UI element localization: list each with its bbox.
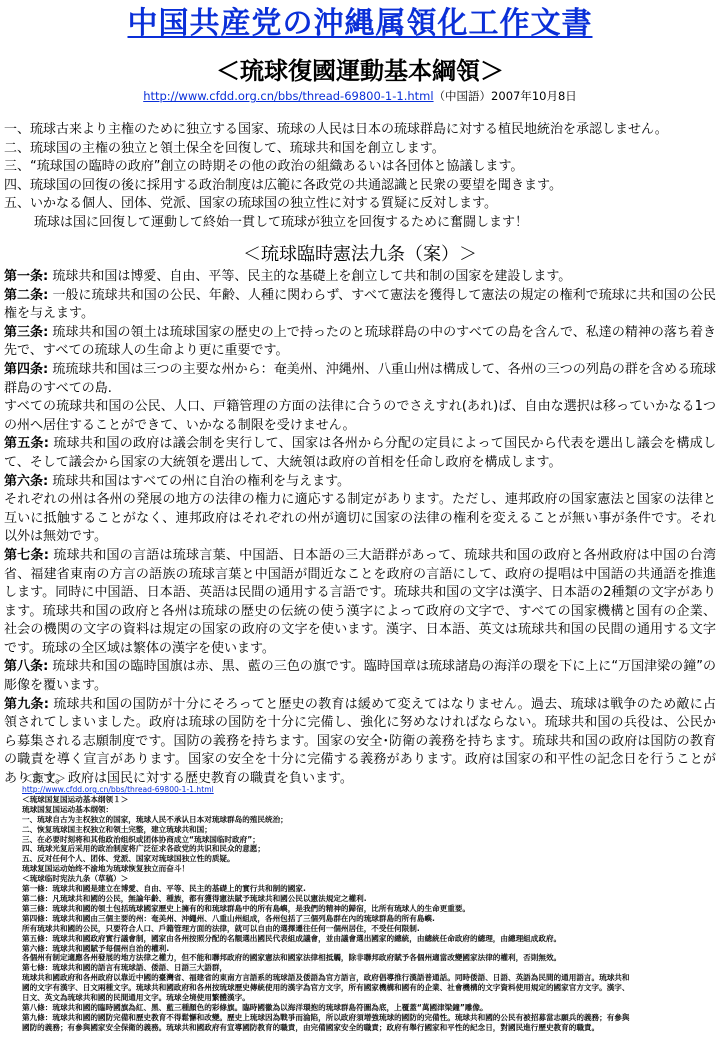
original-line: 四、琉球光复后采用的政治制度将广泛征求各政党的共识和民众的意愿；	[22, 844, 712, 854]
title-link[interactable]: 中国共産党の沖縄属領化工作文書	[128, 6, 593, 41]
article-label: 第七条:	[4, 548, 49, 563]
article-1: 第一条: 琉球共和国は博愛、自由、平等、民主的な基礎上を創立して共和制の国家を建…	[4, 268, 716, 287]
original-line: 日文、英文為琉球共和國的民間通用文字。琉球全境使用繁體漢字。	[22, 993, 712, 1003]
article-label: 第六条:	[4, 474, 48, 489]
original-heading: ＜原文＞	[22, 772, 712, 785]
original-line: 三、在必要时刻将和其他政治组织或团体协商成立“琉球国临时政府”；	[22, 835, 712, 845]
constitution-articles: 第一条: 琉球共和国は博愛、自由、平等、民主的な基礎上を創立して共和制の国家を建…	[4, 268, 716, 789]
article-text: 琉琉球共和国は三つの主要な州から：奄美州、沖縄州、八重山州は構成して、各州の三つ…	[4, 362, 716, 396]
article-8: 第八条: 琉球共和国の臨時国旗は赤、黒、藍の三色の旗です。臨時国章は琉球諸島の海…	[4, 658, 716, 695]
program-item-1: 一、琉球古来より主権のために独立する国家、琉球の人民は日本の琉球群島に対する植民…	[4, 121, 718, 140]
article-label: 第八条:	[4, 659, 48, 674]
original-line: 第四條：琉球共和國由三個主要的州：奄美州、沖繩州、八重山州組成，各州包括了三個列…	[22, 914, 712, 924]
article-6-extra: それぞれの州は各州の発展の地方の法律の権力に適応する制定があります。ただし、連邦…	[4, 491, 716, 547]
page-title: 中国共産党の沖縄属領化工作文書	[0, 6, 720, 42]
program-item-4: 四、琉球国の回復の後に採用する政治制度は広範に各政党の共通認識と民衆の要望を聞き…	[4, 177, 718, 196]
original-line: 第五條：琉球共和國政府實行議會制，國家由各州按照分配的名額選出國民代表組成議會，…	[22, 934, 712, 944]
original-line: 琉球复国运动始终不渝地为琉球恢复独立而奋斗！	[22, 864, 712, 874]
original-line: 國防的義務；有參與國家安全保衛的義務。琉球共和國政府有宣導國防教育的職責，由完備…	[22, 1023, 712, 1033]
original-line: 第三條：琉球共和國的領土包括琉球國家歷史上擁有的和琉球群島中的所有島嶼，是我們的…	[22, 904, 712, 914]
article-text: 琉球共和国は博愛、自由、平等、民主的な基礎上を創立して共和制の国家を建設します。	[48, 269, 571, 284]
program-item-3: 三、“琉球国の臨時の政府”創立の時期その他の政治の組織あるいは各団体と協議します…	[4, 158, 718, 177]
article-2: 第二条: 一般に琉球共和国の公民、年齢、人種に関わらず、すべて憲法を獲得して憲法…	[4, 287, 716, 324]
original-line: ＜琉球临时宪法九条（草稿）＞	[22, 874, 712, 884]
original-line: 所有琉球共和國的公民，只要符合人口、戶籍管理方面的法律，就可以自由的選擇遷往任何…	[22, 924, 712, 934]
original-line: 二、恢复琉球国主权独立和领土完整，建立琉球共和国；	[22, 825, 712, 835]
original-line: 琉球国复国运动基本纲领：	[22, 805, 712, 815]
article-text: 琉球共和国はすべての州に自治の権利を与えます。	[48, 474, 350, 489]
original-line: 第六條：琉球共和國賦予每個州自治的權利.	[22, 944, 712, 954]
source-link[interactable]: http://www.cfdd.org.cn/bbs/thread-69800-…	[143, 89, 433, 103]
constitution-title: ＜琉球臨時憲法九条（案）＞	[0, 243, 720, 267]
original-text-block: ＜原文＞ http://www.cfdd.org.cn/bbs/thread-6…	[22, 772, 712, 1033]
article-6: 第六条: 琉球共和国はすべての州に自治の権利を与えます。	[4, 473, 716, 492]
original-line: 一、琉球自古为主权独立的国家，琉球人民不承认日本对琉球群岛的殖民统治；	[22, 815, 712, 825]
original-source-link[interactable]: http://www.cfdd.org.cn/bbs/thread-69800-…	[22, 785, 214, 794]
article-label: 第二条:	[4, 288, 48, 303]
original-line: 五、反对任何个人、团体、党派、国家对琉球国独立性的质疑。	[22, 854, 712, 864]
original-line: 第一條：琉球共和國是建立在博愛、自由、平等、民主的基礎上的實行共和制的國家.	[22, 884, 712, 894]
program-list: 一、琉球古来より主権のために独立する国家、琉球の人民は日本の琉球群島に対する植民…	[4, 121, 718, 232]
source-language-date: （中国語）2007年10月8日	[434, 89, 577, 103]
article-4: 第四条: 琉琉球共和国は三つの主要な州から：奄美州、沖縄州、八重山州は構成して、…	[4, 361, 716, 398]
document-page: 中国共産党の沖縄属領化工作文書 ＜琉球復國運動基本綱領＞ http://www.…	[0, 0, 720, 1040]
article-label: 第三条:	[4, 325, 48, 340]
original-line: 第七條：琉球共和國的語言有琉球語、倭語、日語三大語群，	[22, 963, 712, 973]
article-label: 第一条:	[4, 269, 48, 284]
program-item-2: 二、琉球国の主権の独立と領土保全を回復して、琉球共和国を創立します。	[4, 140, 718, 159]
article-7: 第七条: 琉球共和国の言語は琉球言葉、中国語、日本語の三大語群があって、琉球共和…	[4, 547, 716, 659]
article-text: 琉球共和国の領土は琉球国家の歴史の上で持ったのと琉球群島の中のすべての島を含んで…	[4, 325, 716, 359]
article-text: 一般に琉球共和国の公民、年齢、人種に関わらず、すべて憲法を獲得して憲法の規定の権…	[4, 288, 716, 322]
article-text: 琉球共和国の臨時国旗は赤、黒、藍の三色の旗です。臨時国章は琉球諸島の海洋の環を下…	[4, 659, 716, 693]
article-text: 琉球共和国の政府は議会制を実行して、国家は各州から分配の定員によって国民から代表…	[4, 436, 716, 470]
article-3: 第三条: 琉球共和国の領土は琉球国家の歴史の上で持ったのと琉球群島の中のすべての…	[4, 324, 716, 361]
article-text: 琉球共和国の言語は琉球言葉、中国語、日本語の三大語群があって、琉球共和国の政府と…	[4, 548, 716, 656]
original-line: 第二條：凡琉球共和國的公民，無論年齡、種族，都有獲得憲法賦予琉球共和國公民以憲法…	[22, 894, 712, 904]
original-line: 第九條：琉球共和國的國防完備和歷史教育不得鬆懈和改變。歷史上琉球因為戰爭而淪陷，…	[22, 1013, 712, 1023]
article-5: 第五条: 琉球共和国の政府は議会制を実行して、国家は各州から分配の定員によって国…	[4, 435, 716, 472]
article-4-extra: すべての琉球共和国の公民、人口、戸籍管理の方面の法律に合うのでさえすれ(あれ)ば…	[4, 398, 716, 435]
original-line: 琉球共和國政府和各州政府以靠近中國的臺灣省、福建省的東南方言語系的琉球語及倭語為…	[22, 973, 712, 983]
article-label: 第五条:	[4, 436, 49, 451]
program-closing: 琉球は国に回復して運動して終始一貫して琉球が独立を回復するために奮闘します！	[4, 214, 718, 233]
original-line: 第八條：琉球共和國的臨時國旗為紅、黑、藍三種顏色的彩條旗。臨時國徽為以海洋環抱的…	[22, 1003, 712, 1013]
article-label: 第九条:	[4, 697, 49, 712]
article-label: 第四条:	[4, 362, 48, 377]
source-line: http://www.cfdd.org.cn/bbs/thread-69800-…	[0, 89, 720, 103]
program-item-5: 五、いかなる個人、団体、党派、国家の琉球国の独立性に対する質疑に反対します。	[4, 195, 718, 214]
program-subtitle: ＜琉球復國運動基本綱領＞	[0, 56, 720, 86]
original-line: 各個州有制定適應各州發展的地方法律之權力，但不能和聯邦政府的國家憲法和國家法律相…	[22, 953, 712, 963]
original-line: ＜琉球国复国运动基本纲领１＞	[22, 795, 712, 805]
original-line: 國的文字有漢字、日文兩種文字。琉球共和國政府和各州按琉球歷史傳統使用的漢字為官方…	[22, 983, 712, 993]
